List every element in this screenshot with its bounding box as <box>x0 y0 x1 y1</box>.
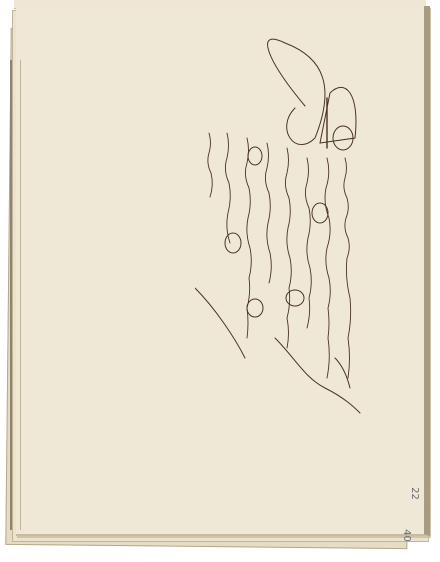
folio-number-underlying: 40 <box>401 529 412 542</box>
handwritten-text <box>195 38 385 418</box>
page-stack-left-edge <box>10 60 21 530</box>
manuscript-scan: 22 40 [line 1 – illegible cursive, begin… <box>0 0 440 562</box>
folio-number: 22 <box>409 487 420 500</box>
